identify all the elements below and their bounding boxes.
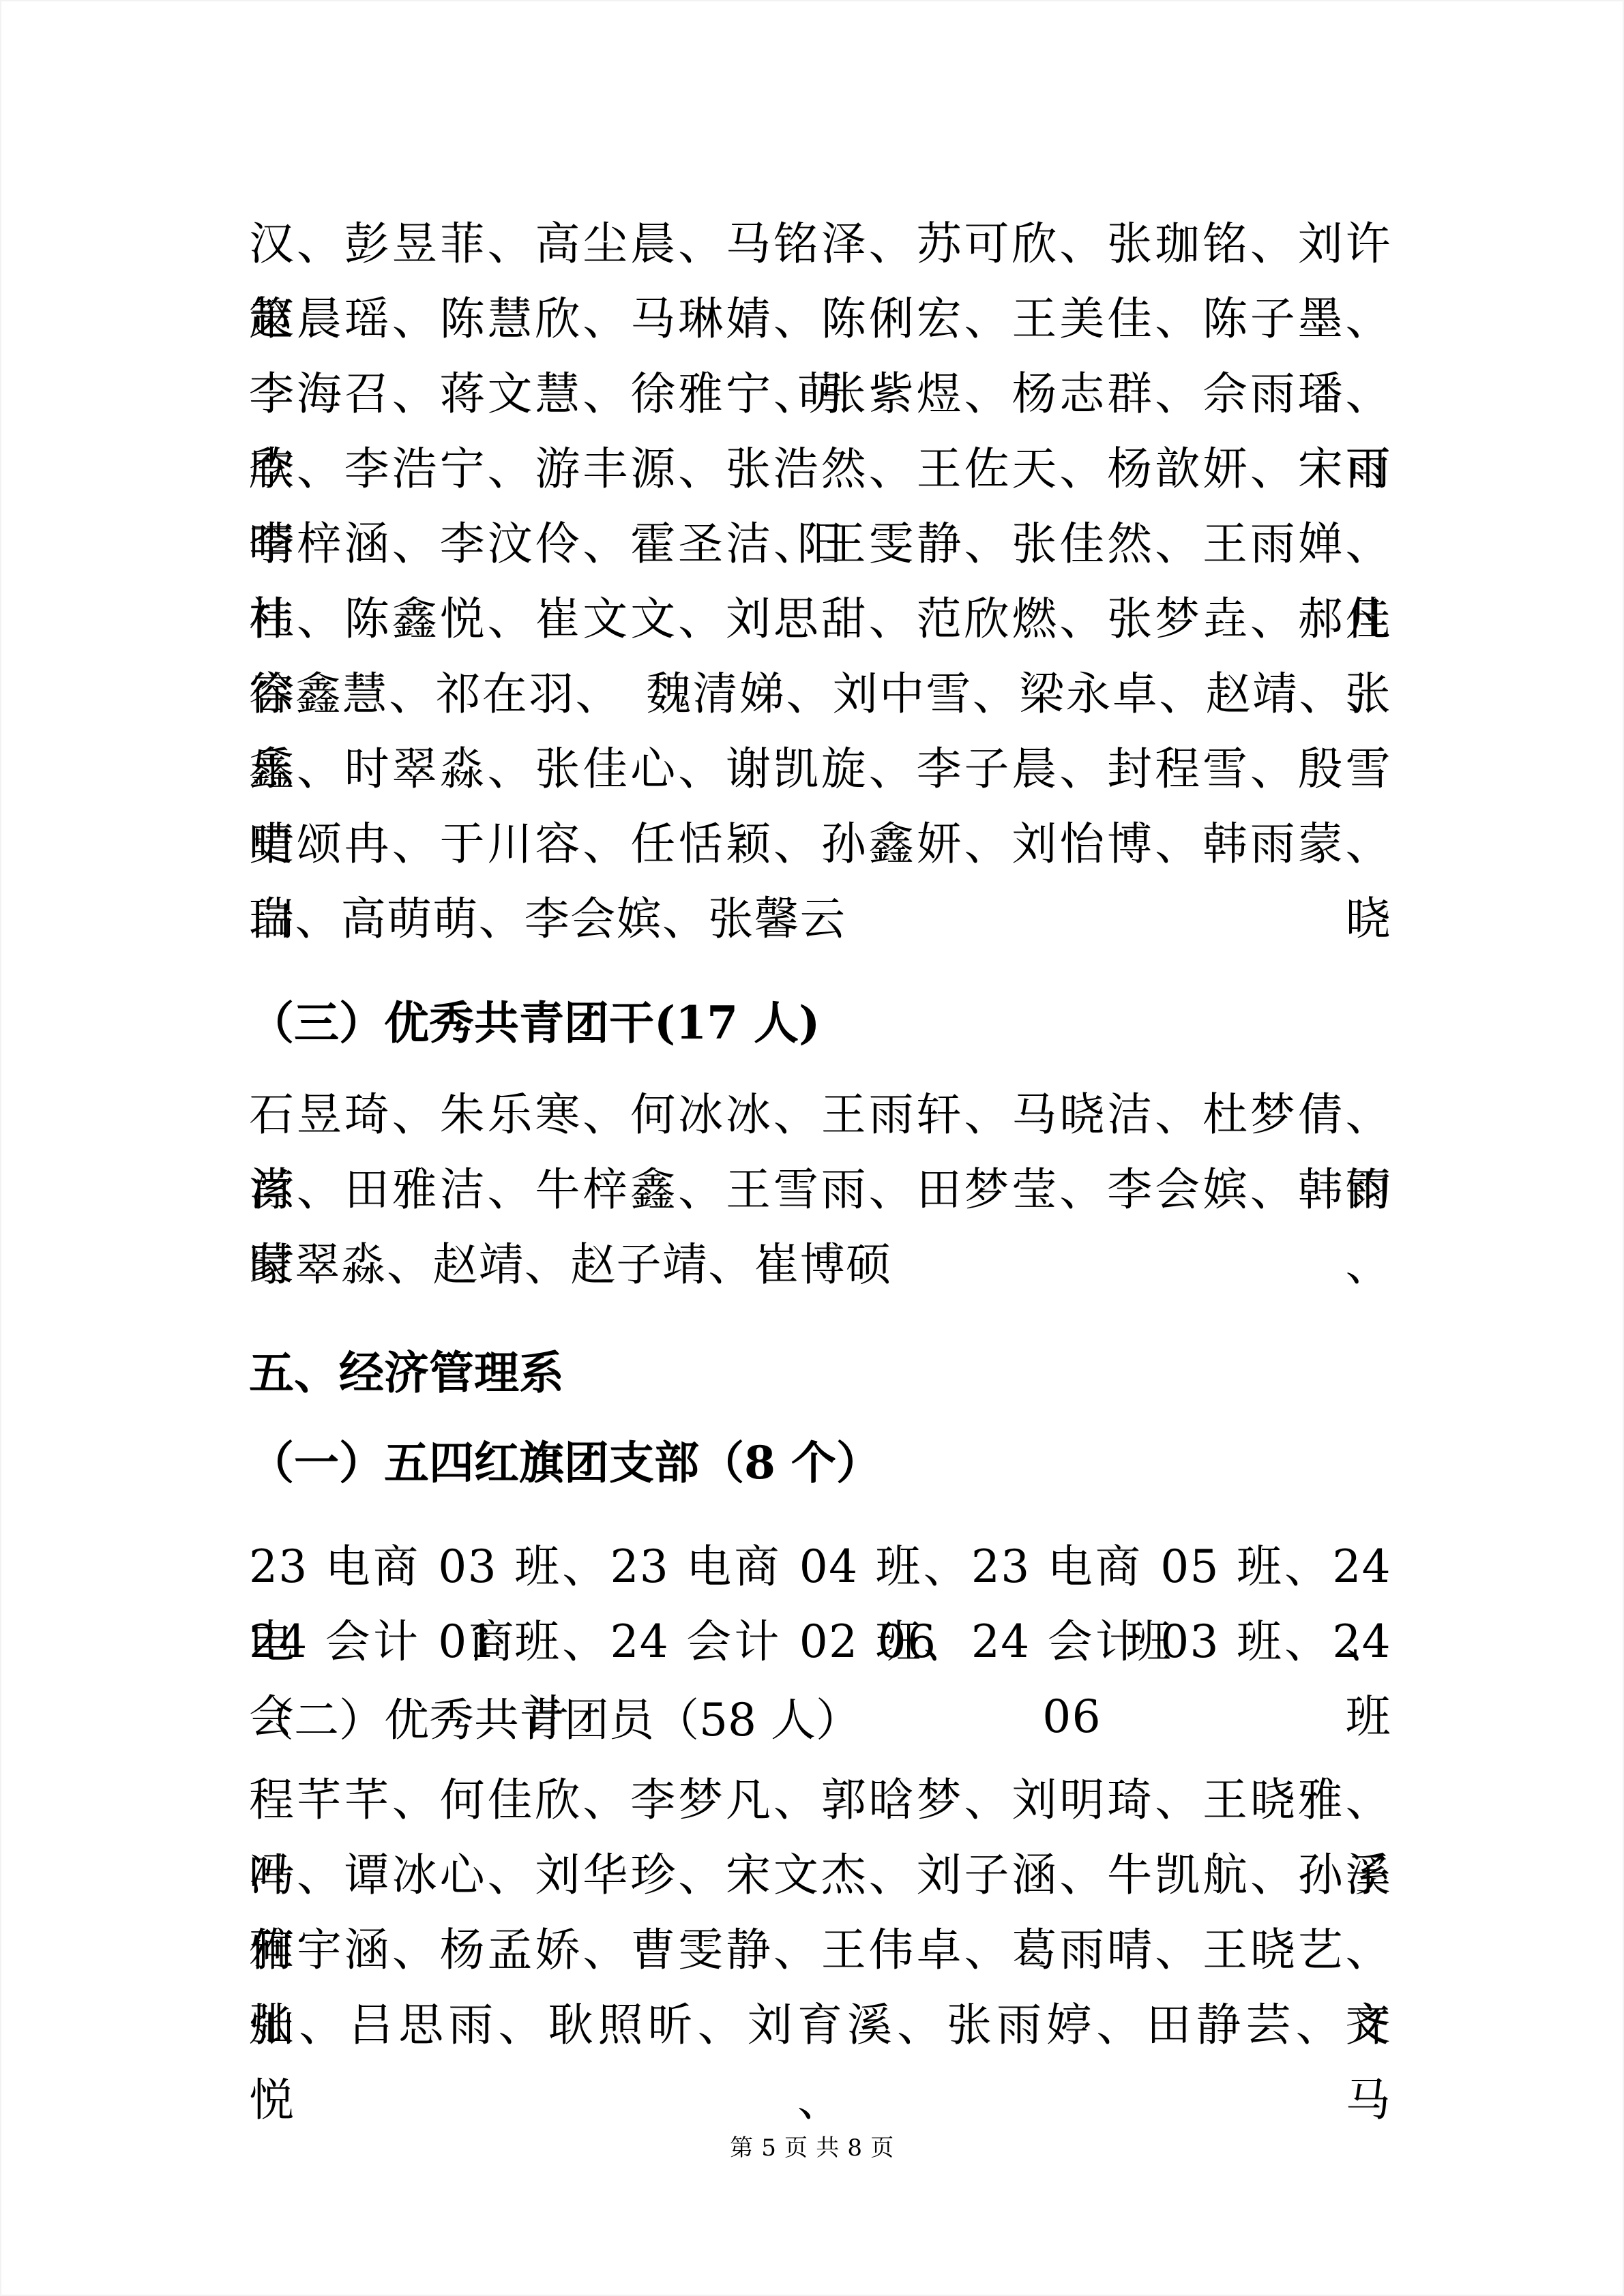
paragraph-excellent-members-continued: 汉、彭昱菲、高尘晨、马铭泽、苏可欣、张珈铭、刘许策、 赵晨瑶、陈慧欣、马琳婧、陈… bbox=[249, 207, 1391, 957]
heading-red-flag-branches: （一）五四红旗团支部（8 个） bbox=[249, 1425, 1391, 1500]
paragraph-red-flag-branches-list: 23 电商 03 班、23 电商 04 班、23 电商 05 班、24 电商 0… bbox=[249, 1530, 1391, 1680]
text-line: 赵晨瑶、陈慧欣、马琳婧、陈俐宏、王美佳、陈子墨、李萌、 bbox=[249, 282, 1391, 357]
text-line: 李梓涵、李汶伶、霍圣洁、王雯静、张佳然、王雨婵、杜佳 bbox=[249, 507, 1391, 582]
heading-department-economics: 五、经济管理系 bbox=[249, 1335, 1391, 1410]
text-line: 李海召、蒋文慧、徐雅宁、张紫煜、杨志群、佘雨璠、李可 bbox=[249, 357, 1391, 432]
text-line: 23 电商 03 班、23 电商 04 班、23 电商 05 班、24 电商 0… bbox=[249, 1530, 1391, 1605]
paragraph-excellent-members-list: 程芊芊、何佳欣、李梦凡、郭晗梦、刘明琦、王晓雅、冯子 叶、谭冰心、刘华珍、宋文杰… bbox=[249, 1763, 1391, 2063]
text-line: 何宇涵、杨孟娇、曹雯静、王伟卓、葛雨晴、王晓艺、张文 bbox=[249, 1913, 1391, 1988]
text-line: 汉、彭昱菲、高尘晨、马铭泽、苏可欣、张珈铭、刘许策、 bbox=[249, 207, 1391, 282]
text-line: 石昱琦、朱乐寒、何冰冰、王雨轩、马晓洁、杜梦倩、肖钧 bbox=[249, 1077, 1391, 1152]
document-content: 汉、彭昱菲、高尘晨、马铭泽、苏可欣、张珈铭、刘许策、 赵晨瑶、陈慧欣、马琳婧、陈… bbox=[0, 0, 1624, 2063]
document-page: 汉、彭昱菲、高尘晨、马铭泽、苏可欣、张珈铭、刘许策、 赵晨瑶、陈慧欣、马琳婧、陈… bbox=[0, 0, 1624, 2296]
text-line: 史颂冉、于川容、任恬颖、孙鑫妍、刘怡博、韩雨蒙、白晓 bbox=[249, 807, 1391, 882]
paragraph-excellent-cadres-list: 石昱琦、朱乐寒、何冰冰、王雨轩、马晓洁、杜梦倩、肖钧 潆、田雅洁、牛梓鑫、王雪雨… bbox=[249, 1077, 1391, 1302]
text-line: 欣、李浩宁、游丰源、张浩然、王佐天、杨歆妍、宋雨晴阳、 bbox=[249, 432, 1391, 507]
text-line: 徐鑫慧、祁在羽、 魏清娣、刘中雪、梁永卓、赵靖、张乐 bbox=[249, 657, 1391, 732]
page-number: 第 5 页 共 8 页 bbox=[0, 2126, 1624, 2171]
text-line: 祎、陈鑫悦、崔文文、刘思甜、范欣燃、张梦垚、郝凡容、 bbox=[249, 582, 1391, 657]
text-line: 潆、田雅洁、牛梓鑫、王雪雨、田梦莹、李会嫔、韩雨蒙、 bbox=[249, 1152, 1391, 1227]
text-line: 叶、谭冰心、刘华珍、宋文杰、刘子涵、牛凯航、孙溪雅、 bbox=[249, 1838, 1391, 1913]
text-line: 鑫、时翠淼、张佳心、谢凯旋、李子晨、封程雪、殷雪晴、 bbox=[249, 732, 1391, 807]
heading-excellent-cadres: （三）优秀共青团干(17 人) bbox=[249, 985, 1391, 1060]
text-line: 24 会计 01 班、24 会计 02 班、24 会计 03 班、24 会计 0… bbox=[249, 1605, 1391, 1680]
text-line: 灿、吕思雨、耿照昕、刘育溪、张雨婷、田静芸、齐悦、马 bbox=[249, 1988, 1391, 2063]
text-line: 程芊芊、何佳欣、李梦凡、郭晗梦、刘明琦、王晓雅、冯子 bbox=[249, 1763, 1391, 1838]
